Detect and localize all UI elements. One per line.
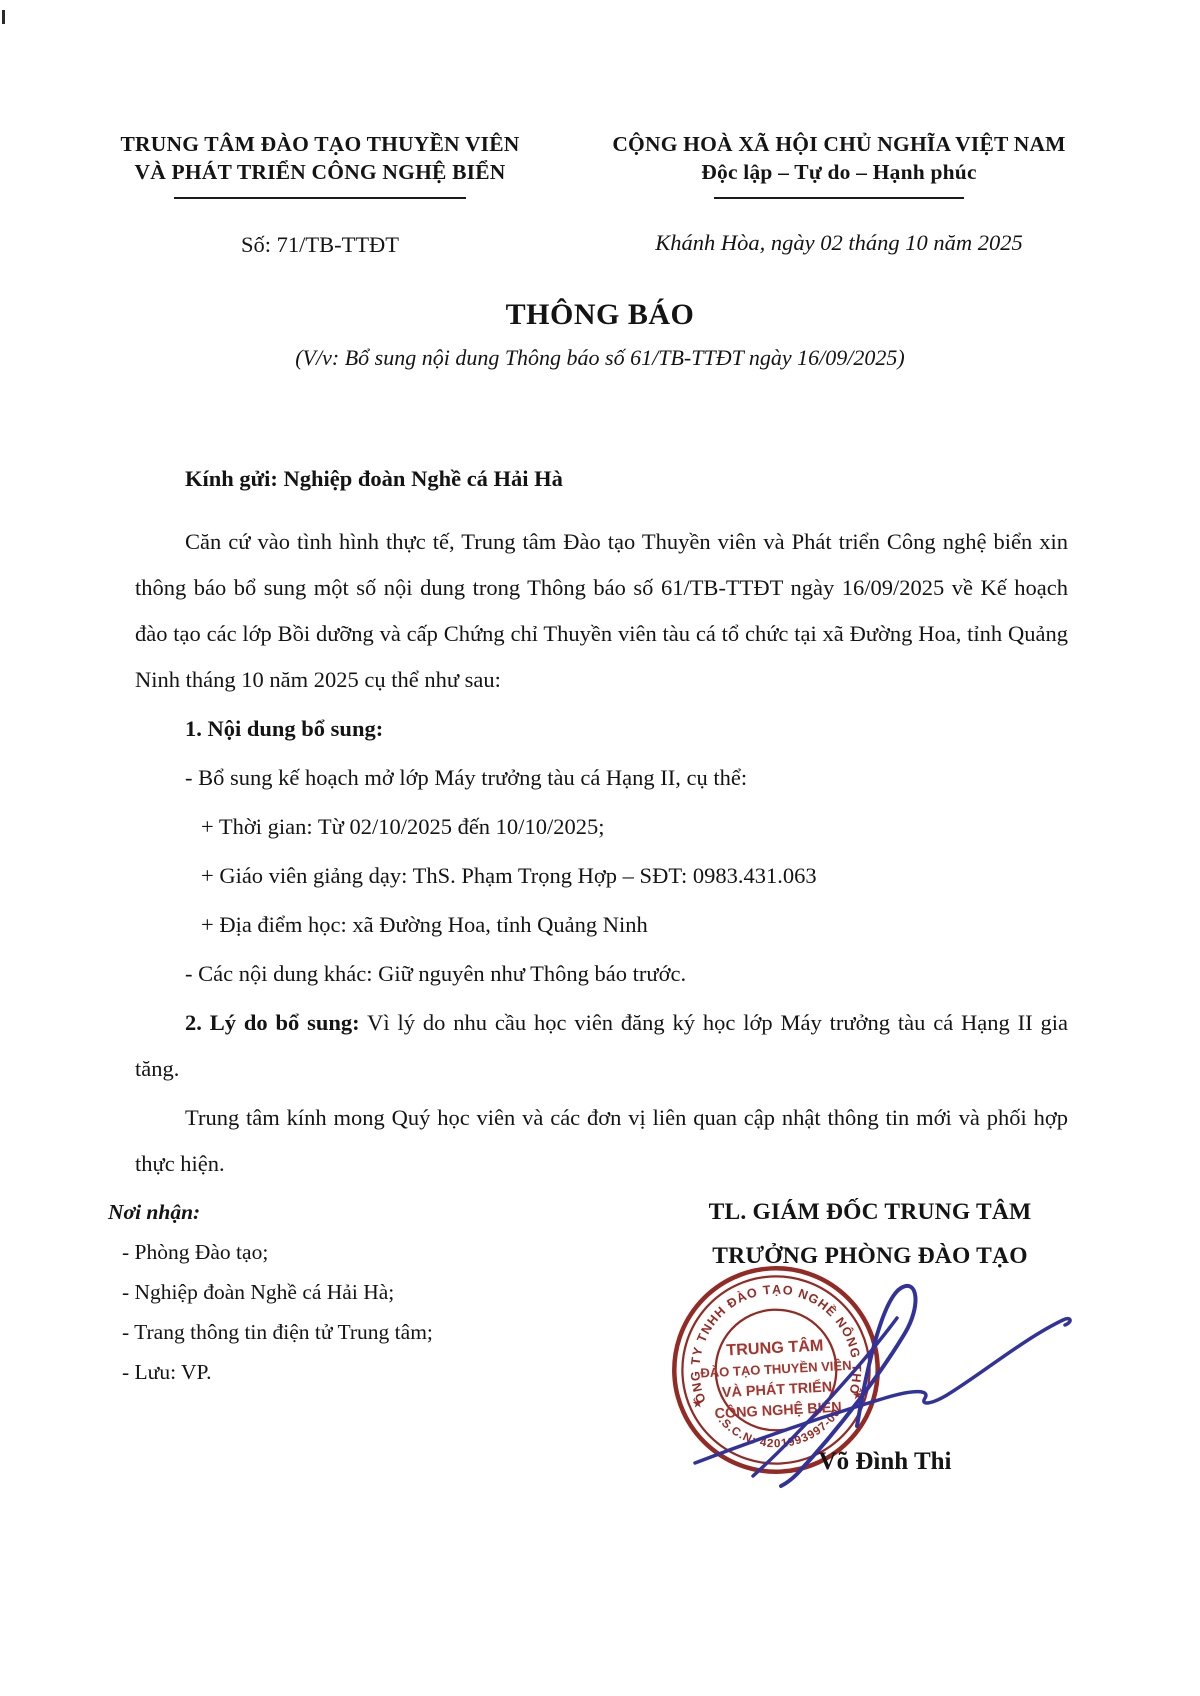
place-date-line: Khánh Hòa, ngày 02 tháng 10 năm 2025 bbox=[556, 230, 1122, 256]
recipient-item: - Lưu: VP. bbox=[108, 1352, 433, 1392]
national-motto-line2: Độc lập – Tự do – Hạnh phúc bbox=[556, 158, 1122, 186]
org-name-line1: TRUNG TÂM ĐÀO TẠO THUYỀN VIÊN bbox=[90, 130, 550, 158]
item-dash-1: - Bổ sung kế hoạch mở lớp Máy trưởng tàu… bbox=[135, 755, 1068, 801]
signature-authority-line: TL. GIÁM ĐỐC TRUNG TÂM bbox=[640, 1190, 1100, 1234]
item-plus-teacher: + Giáo viên giảng dạy: ThS. Phạm Trọng H… bbox=[135, 853, 1068, 899]
scan-artifact-mark bbox=[2, 10, 5, 24]
title-block: THÔNG BÁO (V/v: Bổ sung nội dung Thông b… bbox=[0, 298, 1200, 371]
section2-paragraph: 2. Lý do bổ sung: Vì lý do nhu cầu học v… bbox=[135, 1000, 1068, 1092]
header-right-rule bbox=[714, 194, 964, 199]
section1-heading: 1. Nội dung bổ sung: bbox=[135, 706, 1068, 752]
salutation: Kính gửi: Nghiệp đoàn Nghề cá Hải Hà bbox=[135, 456, 1068, 502]
document-title: THÔNG BÁO bbox=[0, 298, 1200, 332]
recipient-item: - Nghiệp đoàn Nghề cá Hải Hà; bbox=[108, 1272, 433, 1312]
signature-tail-stroke bbox=[695, 1319, 1070, 1463]
org-name-line2: VÀ PHÁT TRIỂN CÔNG NGHỆ BIỂN bbox=[90, 158, 550, 186]
header-left-org: TRUNG TÂM ĐÀO TẠO THUYỀN VIÊN VÀ PHÁT TR… bbox=[90, 130, 550, 258]
document-number: Số: 71/TB-TTĐT bbox=[90, 232, 550, 258]
item-plus-location: + Địa điểm học: xã Đường Hoa, tỉnh Quảng… bbox=[135, 902, 1068, 948]
recipient-item: - Phòng Đào tạo; bbox=[108, 1232, 433, 1272]
document-body: Kính gửi: Nghiệp đoàn Nghề cá Hải Hà Căn… bbox=[135, 456, 1068, 1190]
item-plus-time: + Thời gian: Từ 02/10/2025 đến 10/10/202… bbox=[135, 804, 1068, 850]
section2-heading: 2. Lý do bổ sung: bbox=[185, 1010, 360, 1035]
closing-paragraph: Trung tâm kính mong Quý học viên và các … bbox=[135, 1095, 1068, 1187]
recipients-block: Nơi nhận: - Phòng Đào tạo; - Nghiệp đoàn… bbox=[108, 1192, 433, 1392]
document-page: TRUNG TÂM ĐÀO TẠO THUYỀN VIÊN VÀ PHÁT TR… bbox=[0, 0, 1200, 1696]
national-motto-line1: CỘNG HOÀ XÃ HỘI CHỦ NGHĨA VIỆT NAM bbox=[556, 130, 1122, 158]
document-subtitle: (V/v: Bổ sung nội dung Thông báo số 61/T… bbox=[0, 345, 1200, 371]
signer-name: Võ Đình Thi bbox=[765, 1448, 1005, 1476]
header-left-rule bbox=[174, 194, 466, 199]
intro-paragraph: Căn cứ vào tình hình thực tế, Trung tâm … bbox=[135, 519, 1068, 703]
recipients-heading: Nơi nhận: bbox=[108, 1192, 433, 1232]
recipient-item: - Trang thông tin điện tử Trung tâm; bbox=[108, 1312, 433, 1352]
header-right-national: CỘNG HOÀ XÃ HỘI CHỦ NGHĨA VIỆT NAM Độc l… bbox=[556, 130, 1122, 256]
item-dash-2: - Các nội dung khác: Giữ nguyên như Thôn… bbox=[135, 951, 1068, 997]
